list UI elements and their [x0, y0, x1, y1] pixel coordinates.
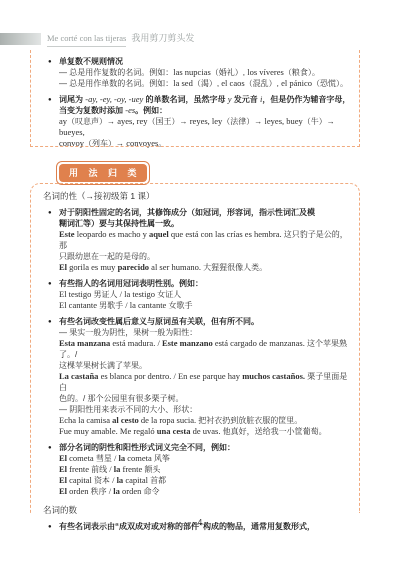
text-line: Este leopardo es macho y aquel que está … [31, 229, 359, 251]
text-segment: El [59, 453, 67, 463]
text-segment: 有些指人的名词用冠词表明性别。例如： [59, 279, 203, 288]
text-segment: → [254, 117, 264, 126]
text-segment: → [116, 139, 126, 148]
text-line: Echa la camisa al cesto de la ropa sucia… [31, 415, 359, 426]
text-segment: 部分名词的阴性和阳性形式词义完全不同，例如： [59, 443, 235, 452]
text-line: convoy（列车）→ convoyes。 [31, 138, 359, 149]
lesson-title-chinese: 我用剪刀剪头发 [131, 33, 194, 43]
text-segment: orden [67, 486, 91, 496]
text-segment: Echa la camisa [59, 415, 112, 425]
text-segment: la sed [173, 78, 193, 88]
text-line: El cantante 男歌手 / la cantante 女歌手 [31, 300, 359, 311]
text-line: ay（叹息声）→ ayes, rey（国王）→ reyes, ley（法律）→ … [31, 116, 359, 138]
bullet-line: 有些指人的名词用冠词表明性别。例如： [31, 278, 359, 289]
text-segment: 男证人 [93, 290, 117, 299]
text-segment: → [107, 117, 117, 126]
text-segment: （牛） [303, 117, 327, 126]
text-segment: 。 [158, 139, 166, 148]
text-line: — 阴阳性用来表示不同的大小、形状： [31, 404, 359, 415]
text-segment: está cargado de manzanas. [213, 338, 307, 348]
text-segment: frente [120, 464, 144, 474]
text-line: — 果实一般为阴性，果树一般为阳性： [31, 327, 359, 338]
text-segment: （叹息声） [67, 117, 107, 126]
text-segment: → [327, 117, 335, 126]
text-segment: 名词的性（→接初级第 1 课） [43, 191, 154, 201]
text-segment: El [59, 464, 67, 474]
text-segment: 风筝 [154, 454, 170, 463]
text-line: 糊词汇等）要与其保持性属一致。 [31, 218, 359, 229]
text-segment: — 总是用作复数的名词。例如： [59, 68, 173, 77]
text-segment: la testigo [124, 289, 157, 299]
text-segment: orden [120, 486, 144, 496]
text-segment: 女证人 [157, 290, 181, 299]
bullet-line: 对于阴阳性固定的名词，其修饰成分（如冠词，形容词，指示性词汇及模 [31, 207, 359, 218]
text-line: El testigo 男证人 / la testigo 女证人 [31, 289, 359, 300]
text-segment: de la ropa sucia. [139, 415, 198, 425]
text-segment: 他真好，送给我一小筐葡萄。 [223, 427, 327, 436]
text-line: La castaña es blanca por dentro. / En es… [31, 371, 359, 393]
text-segment: convoy [59, 138, 84, 148]
bullet-line: 单复数不规则情况 [31, 56, 359, 67]
bullet-line: 词尾为 -ay, -ey, -oy, -uey 的单数名词，虽然字母 y 发元音… [31, 94, 359, 105]
text-segment: （国王） [147, 117, 179, 126]
text-segment: （婚礼）, [211, 68, 247, 77]
text-segment: → [179, 117, 189, 126]
text-segment: 女歌手 [168, 301, 192, 310]
text-segment: aquel [149, 229, 169, 239]
text-segment: ，但是仍作为辅音字母， [262, 95, 350, 104]
text-segment: Fue muy amable. Me regaló [59, 426, 157, 436]
section-heading: 名词的数 [31, 505, 359, 516]
text-segment: -ay, -ey, -oy, -uey [85, 94, 143, 104]
text-segment: （法律） [222, 117, 254, 126]
text-line: El cometa 彗星 / la cometa 风筝 [31, 453, 359, 464]
text-line: El orden 秩序 / la orden 命令 [31, 486, 359, 497]
text-segment: 色的。/ 那个公园里有很多栗子树。 [59, 394, 183, 403]
lesson-header-bar [0, 33, 41, 45]
text-segment: cometa [125, 453, 154, 463]
text-segment: 首都 [150, 476, 166, 485]
text-segment: convoyes [126, 138, 158, 148]
lesson-header: Me corté con las tijeras我用剪刀剪头发 [47, 31, 194, 47]
grammar-notes-box-top: 单复数不规则情况— 总是用作复数的名词。例如：las nupcias（婚礼）, … [30, 50, 360, 147]
text-segment: 秩序 [91, 487, 107, 496]
text-segment: la [113, 486, 120, 496]
text-segment: 命令 [144, 487, 160, 496]
usage-category-box: 名词的性（→接初级第 1 课）对于阴阳性固定的名词，其修饰成分（如冠词，形容词，… [30, 183, 360, 513]
text-segment: bueyes, [59, 127, 85, 137]
text-segment: una cesta [157, 426, 191, 436]
text-segment: （混乱）, [245, 79, 281, 88]
text-segment: （列车） [84, 139, 116, 148]
text-segment: Esta manzana [59, 338, 110, 348]
text-segment: capital [123, 475, 150, 485]
text-segment: / [107, 464, 114, 474]
text-segment: 只跟幼崽在一起的是母的。 [59, 252, 155, 261]
text-segment: Este [59, 229, 75, 239]
text-segment: 大猩猩很像人类。 [203, 263, 267, 272]
text-segment: / [110, 475, 117, 485]
text-segment: 对于阴阳性固定的名词，其修饰成分（如冠词，形容词，指示性词汇及模 [59, 208, 315, 217]
text-segment: — 阴阳性用来表示不同的大小、形状： [59, 405, 197, 414]
text-segment: leopardo es macho y [75, 229, 149, 239]
text-line: 当变为复数时添加 -es。例如： [31, 105, 359, 116]
text-segment: el caos [221, 78, 244, 88]
text-segment: 前线 [91, 465, 107, 474]
text-segment: 词尾为 [59, 95, 85, 104]
text-segment: los víveres [247, 67, 284, 77]
text-segment: 当变为复数时添加 [59, 106, 125, 115]
text-line: Fue muy amable. Me regaló una cesta de u… [31, 426, 359, 437]
text-segment: la cantante [130, 300, 169, 310]
text-segment: / [123, 300, 130, 310]
usage-category-tab-label: 用 法 归 类 [59, 164, 147, 182]
text-segment: -es [125, 105, 135, 115]
text-segment: 糊词汇等）要与其保持性属一致。 [59, 219, 179, 228]
text-segment: 单复数不规则情况 [59, 57, 123, 66]
text-segment: El [59, 475, 67, 485]
text-line: 这棵苹果树长满了苹果。 [31, 360, 359, 371]
text-segment: reyes, ley [190, 116, 223, 126]
text-line: — 总是用作复数的名词。例如：las nupcias（婚礼）, los víve… [31, 67, 359, 78]
text-segment: gorila es muy [67, 262, 118, 272]
text-segment: ayes, rey [117, 116, 147, 126]
text-segment: parecido [118, 262, 149, 272]
text-segment: muchos castaños. [242, 371, 305, 381]
text-segment: 把衬衣扔到放脏衣服的筐里。 [198, 416, 302, 425]
section-heading: 名词的性（→接初级第 1 课） [31, 191, 359, 202]
text-segment: El cantante [59, 300, 99, 310]
text-segment: de uvas. [191, 426, 223, 436]
text-segment: al cesto [112, 415, 139, 425]
text-line: 色的。/ 那个公园里有很多栗子树。 [31, 393, 359, 404]
text-segment: La castaña [59, 371, 98, 381]
text-segment: — 果实一般为阴性，果树一般为阳性： [59, 328, 197, 337]
text-segment: ay [59, 116, 67, 126]
text-line: — 总是用作单数的名词。例如：la sed（渴）, el caos（混乱）, e… [31, 78, 359, 89]
text-segment: 名词的数 [43, 505, 77, 515]
text-segment: Este manzano [162, 338, 213, 348]
text-segment: 额头 [144, 465, 160, 474]
text-segment: el pánico [281, 78, 312, 88]
text-segment: 有些名词改变性属后意义与原词虽有关联，但有所不同。 [59, 317, 259, 326]
text-segment: 男歌手 [99, 301, 123, 310]
text-segment: está madura. / [110, 338, 162, 348]
bullet-line: 有些名词改变性属后意义与原词虽有关联，但有所不同。 [31, 316, 359, 327]
textbook-page: { "page": { "number": "- 4 -" }, "colors… [0, 0, 400, 562]
page-number: - 4 - [0, 518, 400, 527]
text-segment: El testigo [59, 289, 93, 299]
text-segment: 的单数名词，虽然字母 [143, 95, 227, 104]
text-segment: cometa [67, 453, 96, 463]
text-segment: frente [67, 464, 91, 474]
text-segment: es blanca por dentro. / En ese parque ha… [98, 371, 242, 381]
text-segment: 。例如： [135, 106, 167, 115]
text-segment: （粮食）。 [284, 68, 320, 77]
lesson-title-spanish: Me corté con las tijeras [47, 33, 126, 47]
text-segment: El [59, 486, 67, 496]
text-segment: 彗星 [96, 454, 112, 463]
text-segment: （恐慌）。 [312, 79, 348, 88]
text-segment: las nupcias [173, 67, 211, 77]
bullet-line: 部分名词的阴性和阳性形式词义完全不同，例如： [31, 442, 359, 453]
text-segment: （渴）, [193, 79, 221, 88]
text-segment: El [59, 262, 67, 272]
text-line: Esta manzana está madura. / Este manzano… [31, 338, 359, 360]
text-segment: capital [67, 475, 94, 485]
text-line: El frente 前线 / la frente 额头 [31, 464, 359, 475]
text-line: El gorila es muy parecido al ser humano.… [31, 262, 359, 273]
text-segment: que está con las crías es hembra. [169, 229, 284, 239]
text-segment: 这棵苹果树长满了苹果。 [59, 361, 147, 370]
text-segment: al ser humano. [149, 262, 203, 272]
text-segment: leyes, buey [265, 116, 303, 126]
text-line: 只跟幼崽在一起的是母的。 [31, 251, 359, 262]
text-line: El capital 资本 / la capital 首都 [31, 475, 359, 486]
text-segment: — 总是用作单数的名词。例如： [59, 79, 173, 88]
text-segment: 资本 [94, 476, 110, 485]
usage-category-tab: 用 法 归 类 [56, 161, 150, 185]
text-segment: 发元音 [232, 95, 260, 104]
